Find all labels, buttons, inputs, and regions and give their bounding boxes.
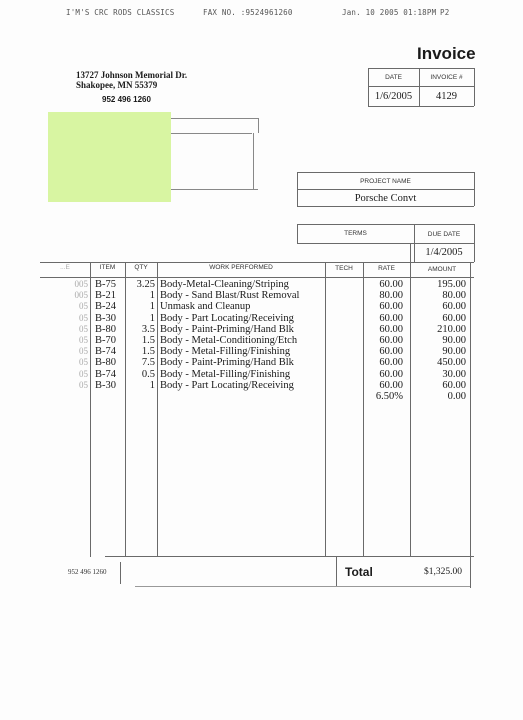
cell-qty: 3.25 bbox=[125, 279, 155, 290]
col-header-tech: TECH bbox=[325, 265, 363, 272]
cell-amount: 210.00 bbox=[410, 324, 466, 335]
cell-item: B-70 bbox=[95, 335, 116, 346]
cell-amount: 80.00 bbox=[410, 290, 466, 301]
address-line1: 13727 Johnson Memorial Dr. bbox=[76, 70, 187, 80]
cell-rate: 60.00 bbox=[363, 357, 403, 368]
cell-work: Body - Metal-Filling/Finishing bbox=[160, 346, 290, 357]
cell-qty: 1 bbox=[125, 301, 155, 312]
cell-amount: 60.00 bbox=[410, 313, 466, 324]
total-label: Total bbox=[345, 565, 373, 579]
cell-date: 005 bbox=[60, 290, 88, 301]
table-row: 05B-241Unmask and Cleanup60.0060.00 bbox=[0, 301, 523, 312]
cell-item: B-75 bbox=[95, 279, 116, 290]
cell-work: Body - Part Locating/Receiving bbox=[160, 313, 294, 324]
cell-rate: 80.00 bbox=[363, 290, 403, 301]
col-header-item: ITEM bbox=[90, 264, 125, 271]
col-header-qty: QTY bbox=[125, 264, 157, 271]
fax-page: P2 bbox=[440, 8, 449, 17]
cell-date: 05 bbox=[60, 357, 88, 368]
cell-item: B-80 bbox=[95, 357, 116, 368]
cell-amount: 30.00 bbox=[410, 369, 466, 380]
cell-qty: 1.5 bbox=[125, 346, 155, 357]
terms-label: TERMS bbox=[297, 230, 414, 237]
cell-work: Body - Paint-Priming/Hand Blk bbox=[160, 324, 294, 335]
fax-datetime: Jan. 10 2005 01:18PM bbox=[342, 8, 436, 17]
cell-amount: 60.00 bbox=[410, 301, 466, 312]
cell-date: 05 bbox=[60, 324, 88, 335]
table-row: 05B-803.5Body - Paint-Priming/Hand Blk60… bbox=[0, 324, 523, 335]
cell-qty: 3.5 bbox=[125, 324, 155, 335]
cell-work: Unmask and Cleanup bbox=[160, 301, 250, 312]
cell-date: 05 bbox=[60, 380, 88, 391]
col-header-work: WORK PERFORMED bbox=[157, 264, 325, 271]
cell-date: 005 bbox=[60, 279, 88, 290]
cell-work: Body - Paint-Priming/Hand Blk bbox=[160, 357, 294, 368]
col-header-rate: RATE bbox=[363, 265, 410, 272]
address-line2: Shakopee, MN 55379 bbox=[76, 80, 187, 90]
project-label: PROJECT NAME bbox=[297, 178, 474, 185]
table-row: 005B-211Body - Sand Blast/Rust Removal80… bbox=[0, 290, 523, 301]
cell-date: 05 bbox=[60, 346, 88, 357]
cell-item: B-21 bbox=[95, 290, 116, 301]
cell-rate: 60.00 bbox=[363, 369, 403, 380]
cell-amount: 90.00 bbox=[410, 346, 466, 357]
due-date-label: DUE DATE bbox=[414, 231, 474, 238]
fax-sender: I'M'S CRC RODS CLASSICS bbox=[66, 8, 174, 17]
table-row: 05B-741.5Body - Metal-Filling/Finishing6… bbox=[0, 346, 523, 357]
cell-qty: 0.5 bbox=[125, 369, 155, 380]
sticky-note bbox=[48, 112, 171, 202]
due-date: 1/4/2005 bbox=[414, 247, 474, 258]
cell-date: 05 bbox=[60, 335, 88, 346]
total-value: $1,325.00 bbox=[400, 567, 462, 577]
cell-rate: 60.00 bbox=[363, 380, 403, 391]
cell-rate: 60.00 bbox=[363, 313, 403, 324]
fax-number: FAX NO. :9524961260 bbox=[203, 8, 293, 17]
cell-rate: 60.00 bbox=[363, 335, 403, 346]
cell-date: 05 bbox=[60, 369, 88, 380]
cell-item: B-80 bbox=[95, 324, 116, 335]
table-row: 6.50%0.00 bbox=[0, 391, 523, 402]
cell-item: B-24 bbox=[95, 301, 116, 312]
invoice-date: 1/6/2005 bbox=[368, 91, 419, 102]
cell-qty: 1 bbox=[125, 313, 155, 324]
cell-amount: 450.00 bbox=[410, 357, 466, 368]
cell-qty: 7.5 bbox=[125, 357, 155, 368]
col-header-amount: AMOUNT bbox=[410, 266, 474, 273]
invoice-number-label: INVOICE # bbox=[419, 74, 474, 81]
cell-item: B-30 bbox=[95, 380, 116, 391]
cell-qty: 1 bbox=[125, 290, 155, 301]
cell-date: 05 bbox=[60, 313, 88, 324]
cell-work: Body - Part Locating/Receiving bbox=[160, 380, 294, 391]
table-row: 05B-301Body - Part Locating/Receiving60.… bbox=[0, 313, 523, 324]
cell-item: B-30 bbox=[95, 313, 116, 324]
cell-amount: 90.00 bbox=[410, 335, 466, 346]
table-row: 05B-701.5Body - Metal-Conditioning/Etch6… bbox=[0, 335, 523, 346]
cell-work: Body - Metal-Filling/Finishing bbox=[160, 369, 290, 380]
cell-work: Body-Metal-Cleaning/Striping bbox=[160, 279, 289, 290]
col-header-date: ...E bbox=[40, 264, 90, 271]
company-phone: 952 496 1260 bbox=[102, 95, 151, 104]
cell-rate: 60.00 bbox=[363, 301, 403, 312]
cell-rate: 6.50% bbox=[363, 391, 403, 402]
table-row: 05B-740.5Body - Metal-Filling/Finishing6… bbox=[0, 369, 523, 380]
invoice-number: 4129 bbox=[419, 91, 474, 102]
cell-amount: 195.00 bbox=[410, 279, 466, 290]
date-label: DATE bbox=[368, 74, 419, 81]
project-name: Porsche Convt bbox=[297, 193, 474, 204]
cell-date: 05 bbox=[60, 301, 88, 312]
cell-amount: 60.00 bbox=[410, 380, 466, 391]
cell-item: B-74 bbox=[95, 369, 116, 380]
cell-qty: 1 bbox=[125, 380, 155, 391]
table-row: 05B-301Body - Part Locating/Receiving60.… bbox=[0, 380, 523, 391]
footer-phone: 952 496 1260 bbox=[68, 568, 107, 576]
cell-work: Body - Sand Blast/Rust Removal bbox=[160, 290, 299, 301]
cell-rate: 60.00 bbox=[363, 346, 403, 357]
invoice-title: Invoice bbox=[417, 44, 476, 64]
cell-work: Body - Metal-Conditioning/Etch bbox=[160, 335, 297, 346]
cell-amount: 0.00 bbox=[410, 391, 466, 402]
table-row: 005B-753.25Body-Metal-Cleaning/Striping6… bbox=[0, 279, 523, 290]
cell-rate: 60.00 bbox=[363, 324, 403, 335]
cell-item: B-74 bbox=[95, 346, 116, 357]
cell-qty: 1.5 bbox=[125, 335, 155, 346]
cell-rate: 60.00 bbox=[363, 279, 403, 290]
company-address: 13727 Johnson Memorial Dr. Shakopee, MN … bbox=[76, 70, 187, 90]
table-row: 05B-807.5Body - Paint-Priming/Hand Blk60… bbox=[0, 357, 523, 368]
